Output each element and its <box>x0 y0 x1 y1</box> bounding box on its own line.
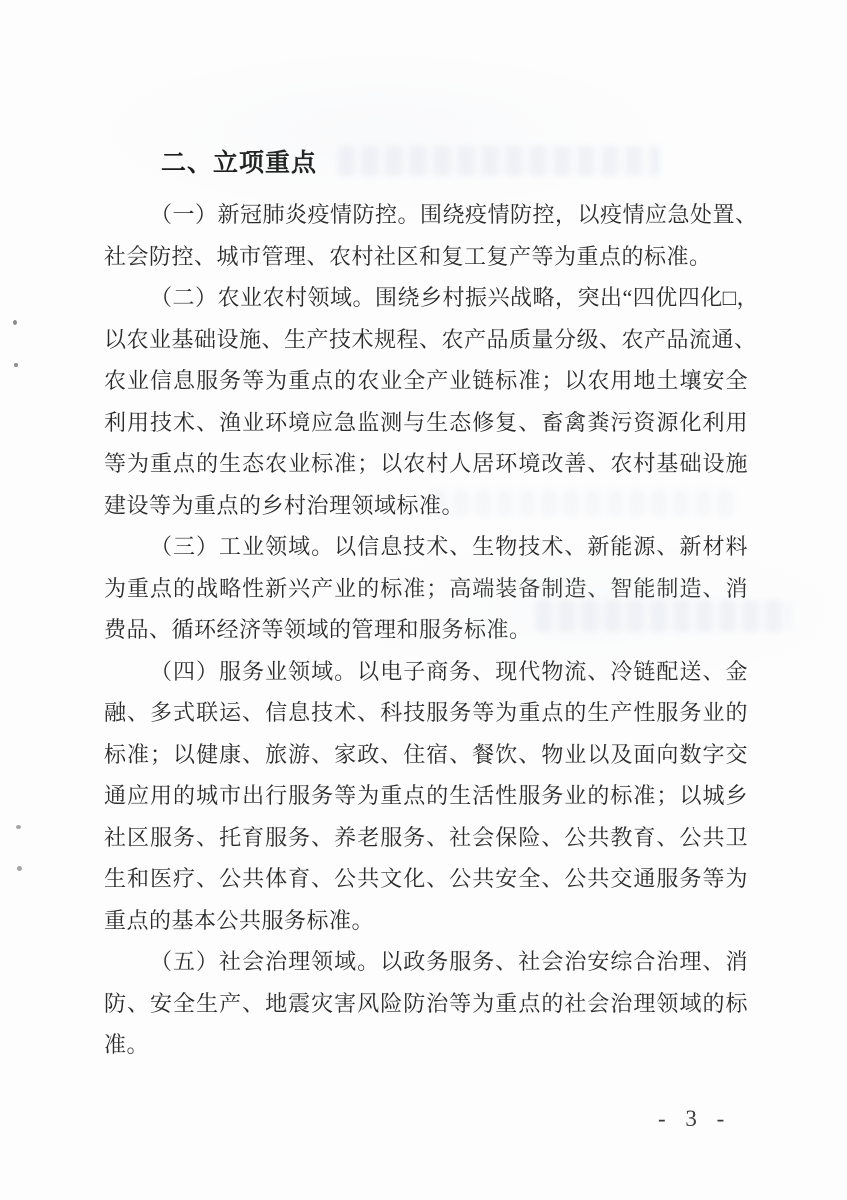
body-line: 融、多式联运、信息技术、科技服务等为重点的生产性服务业的 <box>104 692 748 734</box>
body-line: 为重点的战略性新兴产业的标准；高端装备制造、智能制造、消 <box>104 568 748 610</box>
body-line: 准。 <box>104 1024 748 1066</box>
paragraph-service-industry: （四）服务业领域。以电子商务、现代物流、冷链配送、金 融、多式联运、信息技术、科… <box>104 651 748 942</box>
scan-speck <box>17 866 22 871</box>
paragraph-industry: （三）工业领域。以信息技术、生物技术、新能源、新材料 为重点的战略性新兴产业的标… <box>104 526 748 651</box>
body-line: 费品、循环经济等领域的管理和服务标准。 <box>104 609 748 651</box>
body-line: 建设等为重点的乡村治理领域标准。 <box>104 485 748 527</box>
body-line: 农业信息服务等为重点的农业全产业链标准；以农用地土壤安全 <box>104 360 748 402</box>
body-line: 重点的基本公共服务标准。 <box>104 900 748 942</box>
body-line: 防、安全生产、地震灾害风险防治等为重点的社会治理领域的标 <box>104 983 748 1025</box>
body-line: 生和医疗、公共体育、公共文化、公共安全、公共交通服务等为 <box>104 858 748 900</box>
body-line: 社会防控、城市管理、农村社区和复工复产等为重点的标准。 <box>104 236 748 278</box>
scanned-document-page: 二、立项重点 （一）新冠肺炎疫情防控。围绕疫情防控，以疫情应急处置、 社会防控、… <box>0 0 847 1200</box>
body-line: 以农业基础设施、生产技术规程、农产品质量分级、农产品流通、 <box>104 319 748 361</box>
body-line: （五）社会治理领域。以政务服务、社会治安综合治理、消 <box>104 941 748 983</box>
body-line: （一）新冠肺炎疫情防控。围绕疫情防控，以疫情应急处置、 <box>104 194 748 236</box>
body-line: 标准；以健康、旅游、家政、住宿、餐饮、物业以及面向数字交 <box>104 734 748 776</box>
body-line: 等为重点的生态农业标准；以农村人居环境改善、农村基础设施 <box>104 443 748 485</box>
paragraph-covid-prevention: （一）新冠肺炎疫情防控。围绕疫情防控，以疫情应急处置、 社会防控、城市管理、农村… <box>104 194 748 277</box>
scan-speck <box>16 825 21 829</box>
paragraph-social-governance: （五）社会治理领域。以政务服务、社会治安综合治理、消 防、安全生产、地震灾害风险… <box>104 941 748 1066</box>
scan-speck <box>14 363 18 367</box>
scan-speck <box>13 320 17 325</box>
body-line: （四）服务业领域。以电子商务、现代物流、冷链配送、金 <box>104 651 748 693</box>
body-line: 社区服务、托育服务、养老服务、社会保险、公共教育、公共卫 <box>104 817 748 859</box>
section-heading: 二、立项重点 <box>104 148 805 178</box>
paragraph-agriculture-rural: （二）农业农村领域。围绕乡村振兴战略，突出“四优四化□， 以农业基础设施、生产技… <box>104 277 748 526</box>
body-line: 通应用的城市出行服务等为重点的生活性服务业的标准；以城乡 <box>104 775 748 817</box>
page-number: - 3 - <box>658 1106 731 1132</box>
body-line: 利用技术、渔业环境应急监测与生态修复、畜禽粪污资源化利用 <box>104 402 748 444</box>
body-line: （三）工业领域。以信息技术、生物技术、新能源、新材料 <box>104 526 748 568</box>
document-body: （一）新冠肺炎疫情防控。围绕疫情防控，以疫情应急处置、 社会防控、城市管理、农村… <box>104 194 748 1066</box>
body-line: （二）农业农村领域。围绕乡村振兴战略，突出“四优四化□， <box>104 277 748 319</box>
